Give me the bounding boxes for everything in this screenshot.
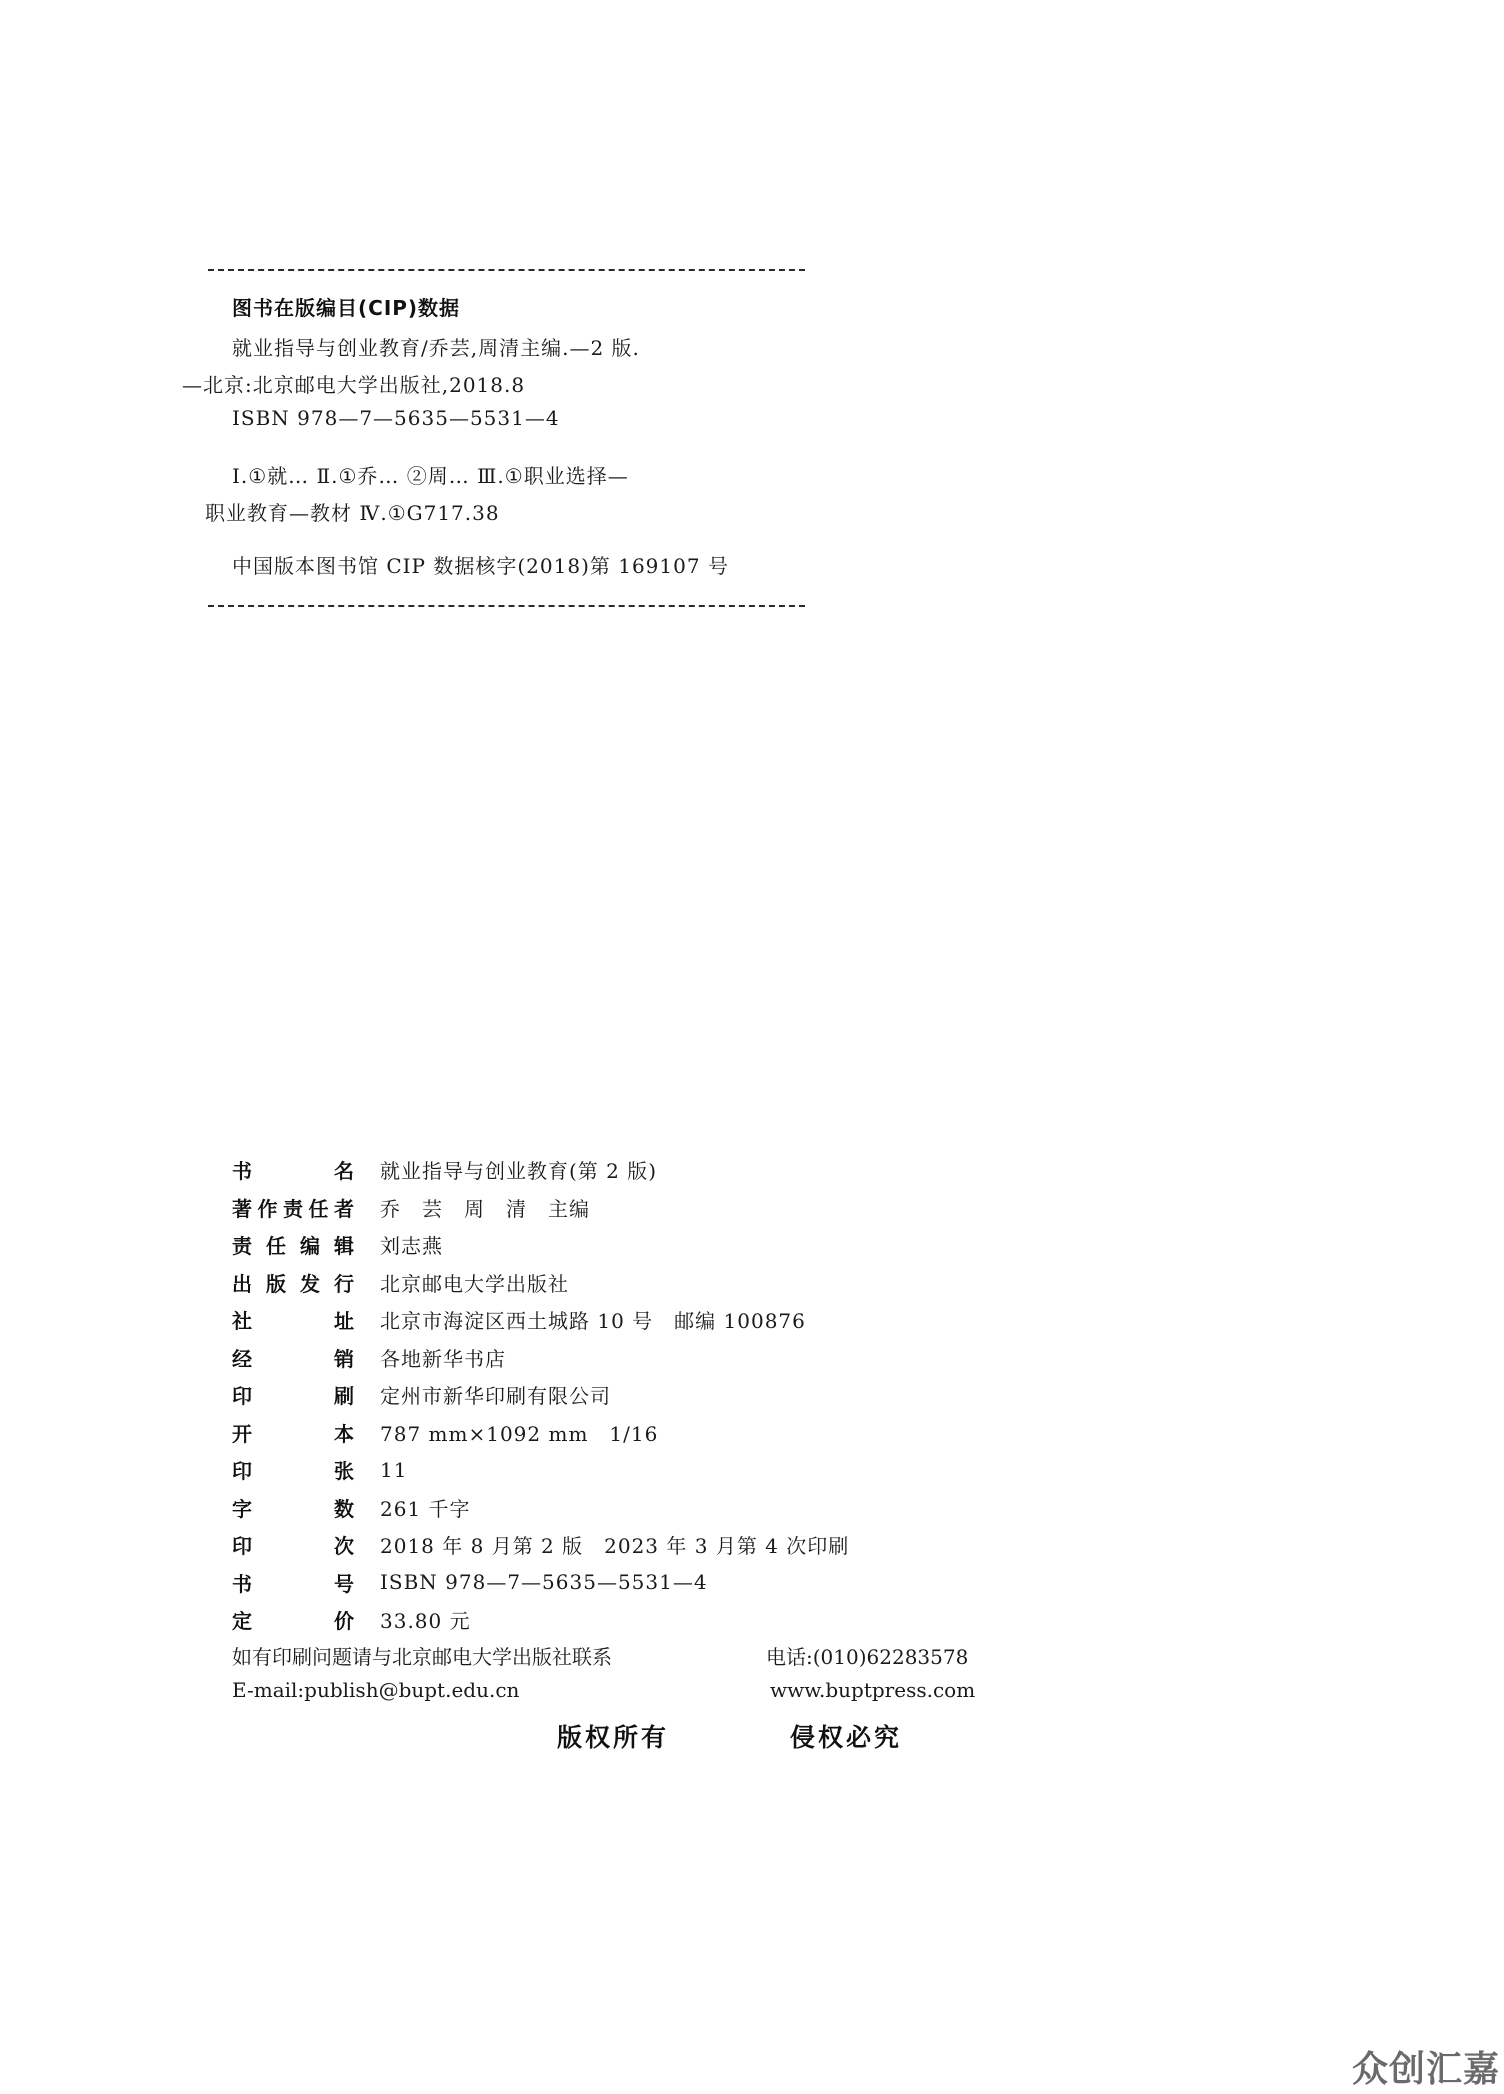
website-url: www.buptpress.com	[770, 1678, 975, 1702]
row-value: 刘志燕	[380, 1230, 443, 1259]
colophon-row-title: 书名 就业指导与创业教育(第 2 版)	[232, 1151, 849, 1189]
rights-reserved: 版权所有	[557, 1718, 669, 1754]
watermark-logo: 众创汇嘉	[1352, 2041, 1500, 2092]
colophon-row-format: 开本 787 mm×1092 mm 1/16	[232, 1414, 849, 1452]
cip-line-title: 就业指导与创业教育/乔芸,周清主编.—2 版.	[232, 332, 640, 361]
row-value: 北京市海淀区西土城路 10 号 邮编 100876	[380, 1305, 806, 1334]
infringement-notice: 侵权必究	[790, 1718, 902, 1754]
colophon-row-publisher: 出版发行 北京邮电大学出版社	[232, 1264, 849, 1302]
row-label: 出版发行	[232, 1268, 354, 1297]
colophon-row-editor: 责任编辑 刘志燕	[232, 1226, 849, 1264]
cip-bottom-dashed-rule	[208, 605, 805, 607]
row-value: 2018 年 8 月第 2 版 2023 年 3 月第 4 次印刷	[380, 1530, 849, 1559]
row-value: 定州市新华印刷有限公司	[380, 1380, 611, 1409]
row-label: 书名	[232, 1155, 354, 1184]
row-value: 乔 芸 周 清 主编	[380, 1193, 590, 1222]
row-label: 经销	[232, 1343, 354, 1372]
phone-number: 电话:(010)62283578	[766, 1641, 968, 1670]
row-value: 就业指导与创业教育(第 2 版)	[380, 1155, 657, 1184]
cip-line-publisher: —北京:北京邮电大学出版社,2018.8	[182, 369, 525, 398]
row-label: 字数	[232, 1493, 354, 1522]
cip-line-verification: 中国版本图书馆 CIP 数据核字(2018)第 169107 号	[232, 550, 729, 579]
cip-top-dashed-rule	[208, 269, 805, 271]
row-value: 北京邮电大学出版社	[380, 1268, 569, 1297]
row-label: 责任编辑	[232, 1230, 354, 1259]
row-value: 787 mm×1092 mm 1/16	[380, 1418, 658, 1447]
print-issue-note: 如有印刷问题请与北京邮电大学出版社联系	[232, 1641, 612, 1670]
cip-line-isbn: ISBN 978—7—5635—5531—4	[232, 406, 560, 430]
row-label: 印张	[232, 1455, 354, 1484]
cip-line-classification-1: Ⅰ.①就… Ⅱ.①乔… ②周… Ⅲ.①职业选择—	[232, 460, 629, 489]
row-value: 33.80 元	[380, 1605, 471, 1634]
row-value: 11	[380, 1458, 407, 1482]
row-value: ISBN 978—7—5635—5531—4	[380, 1570, 708, 1594]
row-label: 定价	[232, 1605, 354, 1634]
colophon-row-authors: 著作责任者 乔 芸 周 清 主编	[232, 1189, 849, 1227]
colophon-row-isbn: 书号 ISBN 978—7—5635—5531—4	[232, 1564, 849, 1602]
row-label: 社址	[232, 1305, 354, 1334]
copyright-page: 图书在版编目(CIP)数据 就业指导与创业教育/乔芸,周清主编.—2 版. —北…	[0, 0, 1504, 2094]
cip-line-classification-2: 职业教育—教材 Ⅳ.①G717.38	[205, 497, 500, 526]
row-label: 开本	[232, 1418, 354, 1447]
colophon-row-printing: 印次 2018 年 8 月第 2 版 2023 年 3 月第 4 次印刷	[232, 1526, 849, 1564]
colophon-row-distributor: 经销 各地新华书店	[232, 1339, 849, 1377]
colophon-row-price: 定价 33.80 元	[232, 1601, 849, 1639]
row-label: 印次	[232, 1530, 354, 1559]
email-address: E-mail:publish@bupt.edu.cn	[232, 1678, 519, 1702]
row-label: 书号	[232, 1568, 354, 1597]
colophon-row-word-count: 字数 261 千字	[232, 1489, 849, 1527]
row-label: 著作责任者	[232, 1193, 354, 1222]
cip-title: 图书在版编目(CIP)数据	[232, 292, 460, 321]
colophon-row-sheets: 印张 11	[232, 1451, 849, 1489]
row-value: 261 千字	[380, 1493, 471, 1522]
colophon-table: 书名 就业指导与创业教育(第 2 版) 著作责任者 乔 芸 周 清 主编 责任编…	[232, 1151, 849, 1639]
colophon-row-address: 社址 北京市海淀区西土城路 10 号 邮编 100876	[232, 1301, 849, 1339]
colophon-row-printer: 印刷 定州市新华印刷有限公司	[232, 1376, 849, 1414]
row-value: 各地新华书店	[380, 1343, 506, 1372]
row-label: 印刷	[232, 1380, 354, 1409]
